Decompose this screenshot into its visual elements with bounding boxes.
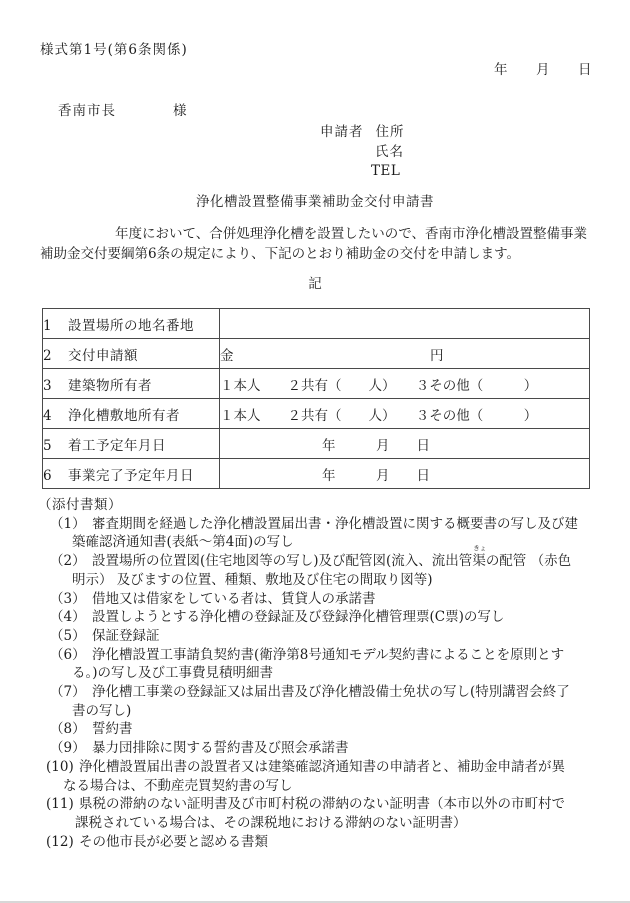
yen-suffix: 円 (430, 344, 444, 364)
row-label: 設置場所の地名番地 (68, 318, 194, 334)
item-line: （9）暴力団排除に関する誓約書及び照会承諾書 (50, 739, 630, 758)
row-header: 6事業完了予定年月日 (43, 459, 220, 489)
item-text: の配管 （赤色 (486, 553, 571, 569)
item-marker: （1） (50, 515, 92, 534)
item-line-continuation: 築確認済通知書(表紙～第4面)の写し (72, 533, 630, 552)
item-marker: (11) (46, 795, 79, 814)
ki-marker: 記 (0, 272, 630, 292)
row-header: 4浄化槽敷地所有者 (43, 399, 220, 429)
attachment-item: （6）浄化槽設置工事請負契約書(衛浄第8号通知モデル契約書によることを原則とす … (50, 646, 630, 683)
body-paragraph: 年度において、合併処理浄化槽を設置したいので、香南市浄化槽設置整備事業 補助金交… (40, 224, 587, 264)
table-row: 5着工予定年月日 年 月 日 (43, 429, 590, 459)
ruby-annotation: 渠きょ (472, 552, 486, 571)
attachments-section: （添付書類） （1）審査期間を経過した浄化槽設置届出書・浄化槽設置に関する概要書… (0, 496, 630, 851)
applicant-tel-line: TEL (371, 162, 405, 182)
item-text: 設置場所の位置図(住宅地図等の写し)及び配管図(流入、流出管 (92, 553, 472, 569)
row-header: 1設置場所の地名番地 (43, 309, 220, 339)
attachment-item: （4）設置しようとする浄化槽の登録証及び登録浄化槽管理票(C票)の写し (50, 608, 630, 627)
applicant-address-line: 申請者住所 (320, 123, 405, 143)
ruby-text: きょ (473, 545, 486, 552)
item-text: 誓約書 (92, 721, 133, 737)
item-line: （6）浄化槽設置工事請負契約書(衛浄第8号通知モデル契約書によることを原則とす (50, 646, 630, 665)
body-paragraph-line: 年度において、合併処理浄化槽を設置したいので、香南市浄化槽設置整備事業 (40, 224, 587, 244)
table-row: 3建築物所有者 １本人 ２共有（ 人） ３その他（ ） (43, 369, 590, 399)
honorific-label: 様 (173, 103, 188, 119)
item-text: 設置しようとする浄化槽の登録証及び登録浄化槽管理票(C票)の写し (92, 609, 504, 625)
attachments-list: （1）審査期間を経過した浄化槽設置届出書・浄化槽設置に関する概要書の写し及び建 … (0, 515, 630, 852)
row-value-location (220, 309, 590, 339)
row-number: 6 (43, 468, 68, 484)
item-marker: （5） (50, 627, 92, 646)
item-marker: （2） (50, 552, 92, 571)
row-label: 交付申請額 (68, 348, 138, 364)
item-text: 暴力団排除に関する誓約書及び照会承諾書 (92, 740, 349, 756)
item-marker: （6） (50, 646, 92, 665)
document-page: 様式第1号(第6条関係) 年 月 日 香南市長様 申請者住所 氏名 TEL 浄化… (0, 0, 630, 903)
table-row: 4浄化槽敷地所有者 １本人 ２共有（ 人） ３その他（ ） (43, 399, 590, 429)
attachment-item: （7）浄化槽工事業の登録証又は届出書及び浄化槽設備士免状の写し(特別講習会終了 … (50, 683, 630, 720)
body-paragraph-line: 補助金交付要綱第6条の規定により、下記のとおり補助金の交付を申請します。 (40, 244, 587, 264)
item-marker: （8） (50, 720, 92, 739)
item-marker: （7） (50, 683, 92, 702)
row-value: 年 月 日 (322, 468, 430, 484)
application-table: 1設置場所の地名番地 2交付申請額 金円 3建築物所有者 １本人 ２共有（ 人）… (42, 308, 590, 489)
item-line: （5）保証登録証 (50, 627, 630, 646)
row-value: １本人 ２共有（ 人） ３その他（ ） (220, 408, 537, 424)
row-value-amount: 金円 (220, 339, 590, 369)
item-text: 浄化槽設置届出書の設置者又は建築確認済通知書の申請者と、補助金申請者が異 (79, 759, 565, 775)
row-label: 建築物所有者 (68, 378, 152, 394)
item-marker: （4） (50, 608, 92, 627)
table-row: 2交付申請額 金円 (43, 339, 590, 369)
table-row: 6事業完了予定年月日 年 月 日 (43, 459, 590, 489)
item-line-continuation: る。)の写し及び工事費見積明細書 (72, 664, 630, 683)
attachment-item: （3）借地又は借家をしている者は、賃貸人の承諾書 (50, 590, 630, 609)
item-marker: (10) (46, 758, 79, 777)
attachment-item: (10)浄化槽設置届出書の設置者又は建築確認済通知書の申請者と、補助金申請者が異… (46, 758, 630, 795)
item-line: （1）審査期間を経過した浄化槽設置届出書・浄化槽設置に関する概要書の写し及び建 (50, 515, 630, 534)
row-number: 4 (43, 408, 68, 424)
row-value-site-owner: １本人 ２共有（ 人） ３その他（ ） (220, 399, 590, 429)
row-number: 1 (43, 318, 68, 334)
date-line: 年 月 日 (494, 58, 592, 78)
item-text: 県税の滞納のない証明書及び市町村税の滞納のない証明書（本市以外の市町村で (79, 796, 565, 812)
row-value: １本人 ２共有（ 人） ３その他（ ） (220, 378, 537, 394)
item-marker: （9） (50, 739, 92, 758)
row-value: 年 月 日 (322, 438, 430, 454)
row-header: 5着工予定年月日 (43, 429, 220, 459)
recipient-name: 香南市長 (58, 103, 116, 119)
recipient-line: 香南市長様 (58, 99, 188, 119)
applicant-label: 申請者 (320, 124, 364, 140)
item-line: (11)県税の滞納のない証明書及び市町村税の滞納のない証明書（本市以外の市町村で (46, 795, 630, 814)
row-value-start-date: 年 月 日 (220, 429, 590, 459)
item-text: 審査期間を経過した浄化槽設置届出書・浄化槽設置に関する概要書の写し及び建 (92, 516, 578, 532)
attachment-item: (11)県税の滞納のない証明書及び市町村税の滞納のない証明書（本市以外の市町村で… (46, 795, 630, 832)
table-row: 1設置場所の地名番地 (43, 309, 590, 339)
item-line-continuation: 課税されている場合は、その課税地における滞納のない証明書） (75, 814, 630, 833)
item-line: (12)その他市長が必要と認める書類 (46, 833, 630, 852)
row-label: 着工予定年月日 (68, 438, 166, 454)
row-label: 浄化槽敷地所有者 (68, 408, 180, 424)
item-text: 借地又は借家をしている者は、賃貸人の承諾書 (92, 591, 376, 607)
row-number: 3 (43, 378, 68, 394)
item-line-continuation: 明示） 及びますの位置、種類、敷地及び住宅の間取り図等) (72, 571, 630, 590)
row-label: 事業完了予定年月日 (68, 468, 194, 484)
applicant-block: 申請者住所 氏名 TEL (320, 123, 405, 182)
form-number: 様式第1号(第6条関係) (40, 38, 188, 58)
item-text: その他市長が必要と認める書類 (79, 834, 268, 850)
row-number: 5 (43, 438, 68, 454)
item-line-continuation: 書の写し) (72, 702, 630, 721)
applicant-name-line: 氏名 (375, 143, 405, 163)
attachment-item: （1）審査期間を経過した浄化槽設置届出書・浄化槽設置に関する概要書の写し及び建 … (50, 515, 630, 552)
address-label: 住所 (376, 124, 405, 140)
item-marker: (12) (46, 833, 79, 852)
item-text: 保証登録証 (92, 628, 160, 644)
attachments-heading: （添付書類） (38, 496, 630, 515)
item-text: 浄化槽工事業の登録証又は届出書及び浄化槽設備士免状の写し(特別講習会終了 (92, 684, 570, 700)
row-value-completion-date: 年 月 日 (220, 459, 590, 489)
item-line: （7）浄化槽工事業の登録証又は届出書及び浄化槽設備士免状の写し(特別講習会終了 (50, 683, 630, 702)
item-line: （3）借地又は借家をしている者は、賃貸人の承諾書 (50, 590, 630, 609)
yen-prefix: 金 (220, 348, 234, 364)
item-line: （4）設置しようとする浄化槽の登録証及び登録浄化槽管理票(C票)の写し (50, 608, 630, 627)
attachment-item: （9）暴力団排除に関する誓約書及び照会承諾書 (50, 739, 630, 758)
row-number: 2 (43, 348, 68, 364)
row-header: 2交付申請額 (43, 339, 220, 369)
attachment-item: （2）設置場所の位置図(住宅地図等の写し)及び配管図(流入、流出管渠きょの配管 … (50, 552, 630, 589)
attachment-item: （5）保証登録証 (50, 627, 630, 646)
row-header: 3建築物所有者 (43, 369, 220, 399)
attachment-item: （8）誓約書 (50, 720, 630, 739)
item-line: (10)浄化槽設置届出書の設置者又は建築確認済通知書の申請者と、補助金申請者が異 (46, 758, 630, 777)
item-line-continuation: なる場合は、不動産売買契約書の写し (63, 777, 630, 796)
ruby-base: 渠 (472, 553, 486, 569)
item-line: （8）誓約書 (50, 720, 630, 739)
item-marker: （3） (50, 590, 92, 609)
item-text: 浄化槽設置工事請負契約書(衛浄第8号通知モデル契約書によることを原則とす (92, 647, 564, 663)
row-value-building-owner: １本人 ２共有（ 人） ３その他（ ） (220, 369, 590, 399)
item-line: （2）設置場所の位置図(住宅地図等の写し)及び配管図(流入、流出管渠きょの配管 … (50, 552, 630, 571)
attachment-item: (12)その他市長が必要と認める書類 (46, 833, 630, 852)
page-title: 浄化槽設置整備事業補助金交付申請書 (0, 190, 630, 210)
